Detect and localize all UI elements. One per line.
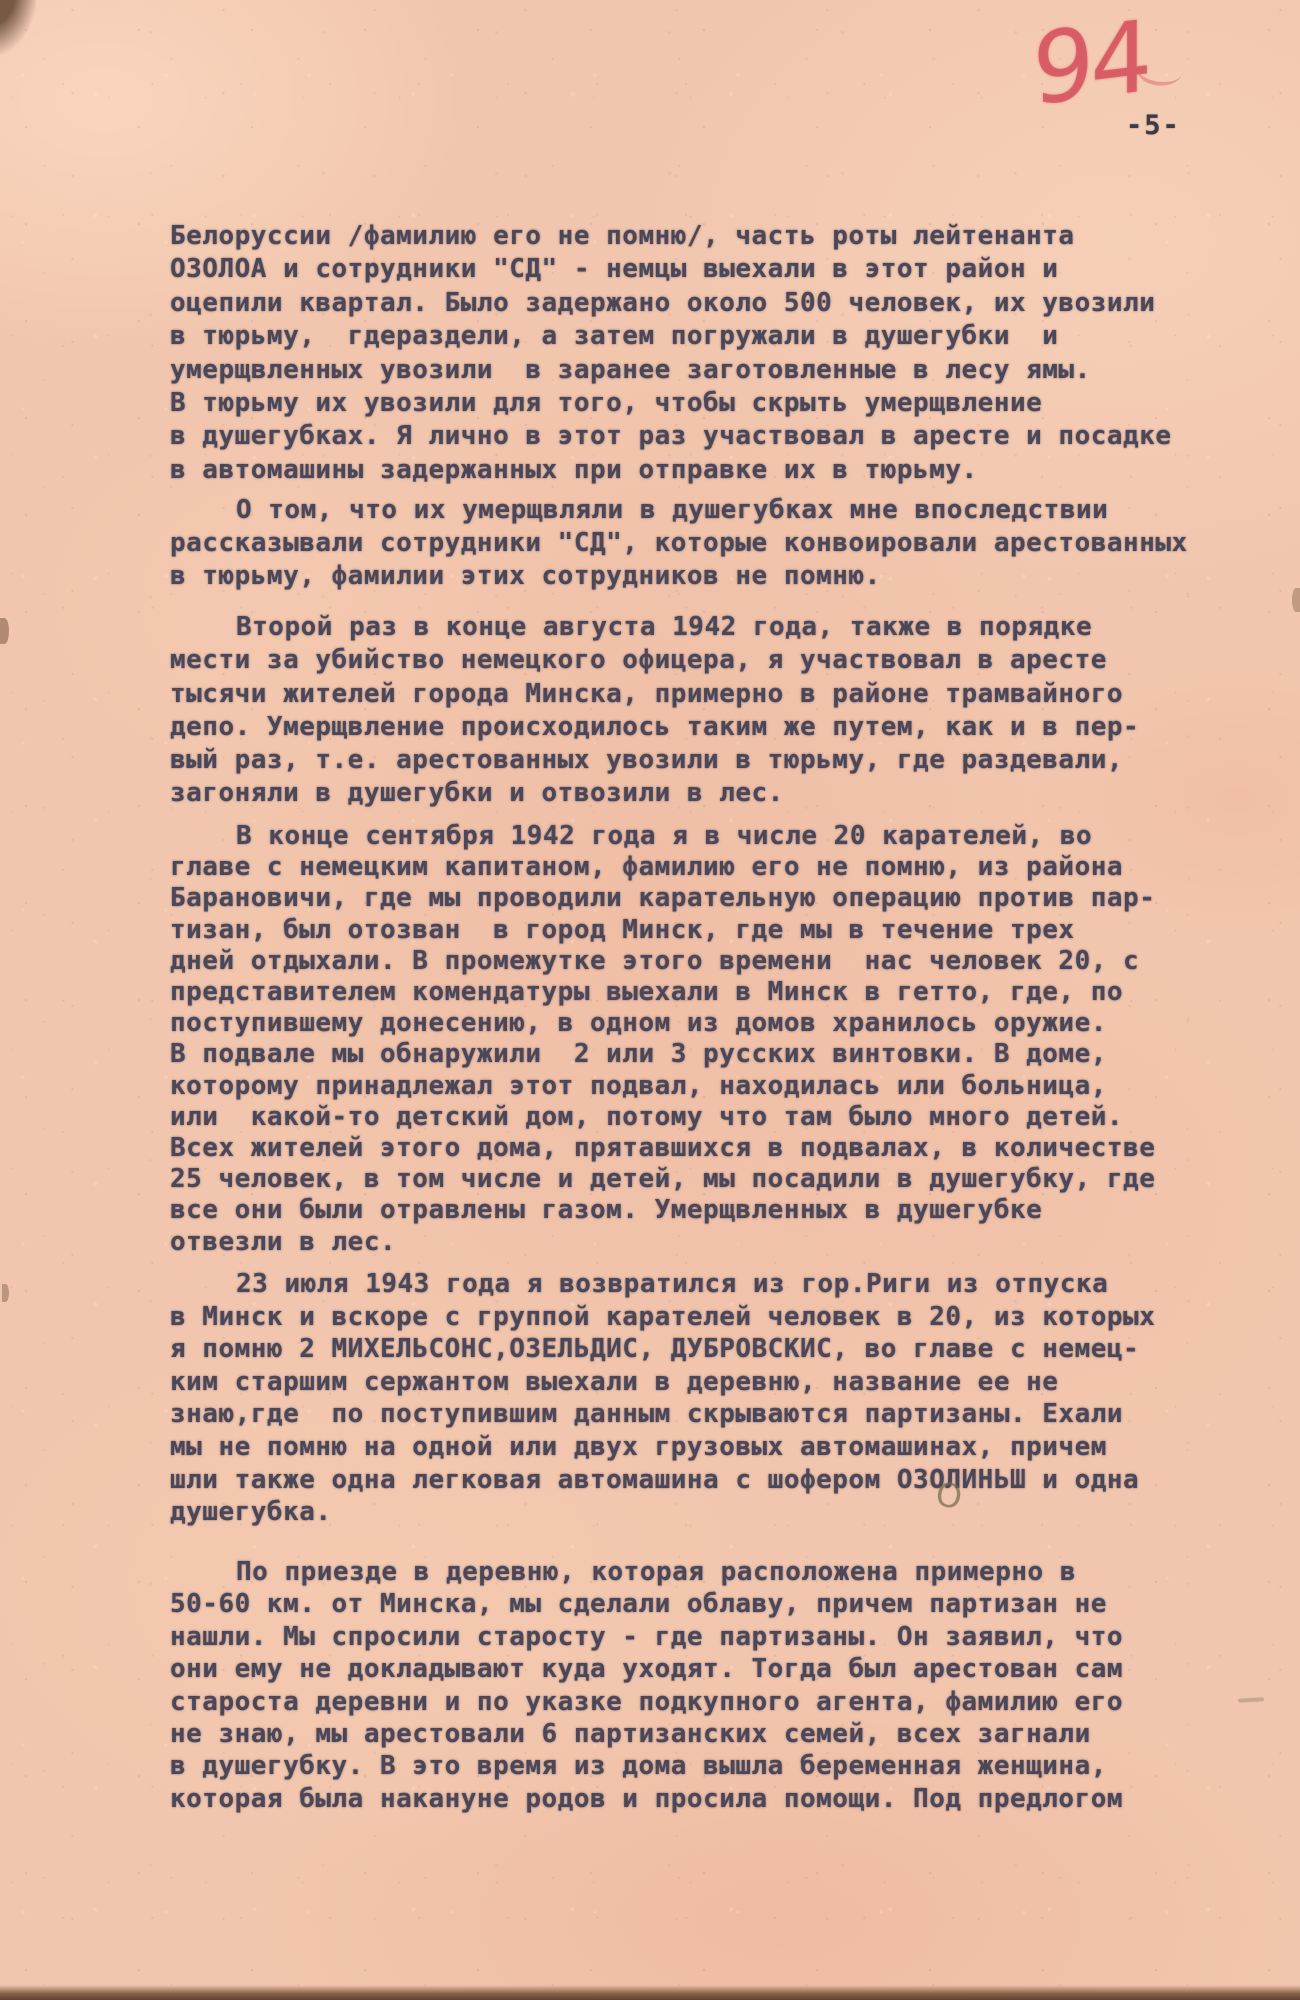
typed-line: все они были отравлены газом. Умерщвленн… (170, 1195, 1280, 1226)
typed-line: В тюрьму их увозили для того, чтобы скры… (170, 387, 1280, 420)
typed-line: умерщвленных увозили в заранее заготовле… (170, 354, 1280, 387)
typed-line: которому принадлежал этот подвал, находи… (170, 1071, 1280, 1102)
typed-line: ОЗОЛОА и сотрудники "СД" - немцы выехали… (170, 253, 1280, 286)
typed-line: оцепили квартал. Было задержано около 50… (170, 287, 1280, 320)
typed-text-block: Белоруссии /фамилию его не помню/, часть… (170, 0, 1280, 2000)
typed-line: мести за убийство немецкого офицера, я у… (170, 644, 1280, 677)
typed-line: или какой-то детский дом, потому что там… (170, 1102, 1280, 1133)
typed-paragraph: 23 июля 1943 года я возвратился из гор.Р… (170, 1268, 1280, 1529)
typed-line: Белоруссии /фамилию его не помню/, часть… (170, 220, 1280, 253)
typed-line: отвезли в лес. (170, 1227, 1280, 1258)
typed-line: В подвале мы обнаружили 2 или 3 русских … (170, 1039, 1280, 1070)
typed-line: Барановичи, где мы проводили карательную… (170, 883, 1280, 914)
typed-line: депо. Умерщвление происходилось таким же… (170, 711, 1280, 744)
typed-paragraph: О том, что их умерщвляли в душегубках мн… (170, 494, 1280, 594)
typed-line: По приезде в деревню, которая расположен… (170, 1556, 1280, 1588)
typed-line: в душегубку. В это время из дома вышла б… (170, 1750, 1280, 1782)
typed-line: Всех жителей этого дома, прятавшихся в п… (170, 1133, 1280, 1164)
typed-line: которая была накануне родов и просила по… (170, 1783, 1280, 1815)
typed-line: тысячи жителей города Минска, примерно в… (170, 678, 1280, 711)
paper-blemish (0, 618, 9, 644)
typed-line: в тюрьму, фамилии этих сотрудников не по… (170, 560, 1280, 593)
typed-line: О том, что их умерщвляли в душегубках мн… (170, 494, 1280, 527)
typed-line: мы не помню на одной или двух грузовых а… (170, 1431, 1280, 1464)
typed-line: дней отдыхали. В промежутке этого времен… (170, 946, 1280, 977)
typed-line: не знаю, мы арестовали 6 партизанских се… (170, 1718, 1280, 1750)
typed-line: в душегубках. Я лично в этот раз участво… (170, 420, 1280, 453)
typed-line: загоняли в душегубки и отвозили в лес. (170, 777, 1280, 810)
typed-line: Второй раз в конце августа 1942 года, та… (170, 611, 1280, 644)
typed-line: я помню 2 МИХЕЛЬСОНС,ОЗЕЛЬДИС, ДУБРОВСКИ… (170, 1333, 1280, 1366)
typed-line: староста деревни и по указке подкупного … (170, 1686, 1280, 1718)
typed-line: вый раз, т.е. арестованных увозили в тюр… (170, 744, 1280, 777)
typed-line: знаю,где по поступившим данным скрываютс… (170, 1398, 1280, 1431)
typed-line: в Минск и вскоре с группой карателей чел… (170, 1301, 1280, 1334)
typed-line: главе с немецким капитаном, фамилию его … (170, 852, 1280, 883)
typed-line: 50-60 км. от Минска, мы сделали облаву, … (170, 1588, 1280, 1620)
typed-line: душегубка. (170, 1496, 1280, 1529)
typed-line: поступившему донесению, в одном из домов… (170, 1008, 1280, 1039)
typed-line: в автомашины задержанных при отправке их… (170, 454, 1280, 487)
scanned-document-page: { "page": { "handwritten_number": "94", … (0, 0, 1300, 2000)
typed-line: нашли. Мы спросили старосту - где партиз… (170, 1621, 1280, 1653)
typed-line: в тюрьму, гдераздели, а затем погружали … (170, 320, 1280, 353)
typed-line: шли также одна легковая автомашина с шоф… (170, 1464, 1280, 1497)
paper-blemish (2, 1284, 9, 1302)
typed-line: ким старшим сержантом выехали в деревню,… (170, 1366, 1280, 1399)
typed-line: они ему не докладывают куда уходят. Тогд… (170, 1653, 1280, 1685)
typed-line: 25 человек, в том числе и детей, мы поса… (170, 1164, 1280, 1195)
typed-line: тизан, был отозван в город Минск, где мы… (170, 915, 1280, 946)
typed-paragraph: По приезде в деревню, которая расположен… (170, 1556, 1280, 1815)
paper-blemish (1292, 588, 1300, 612)
typed-paragraph: В конце сентября 1942 года я в числе 20 … (170, 821, 1280, 1258)
typed-line: рассказывали сотрудники "СД", которые ко… (170, 527, 1280, 560)
typed-line: 23 июля 1943 года я возвратился из гор.Р… (170, 1268, 1280, 1301)
typed-paragraph: Второй раз в конце августа 1942 года, та… (170, 611, 1280, 811)
typed-line: представителем комендатуры выехали в Мин… (170, 977, 1280, 1008)
paper-corner-blemish (0, 0, 36, 54)
typed-line: В конце сентября 1942 года я в числе 20 … (170, 821, 1280, 852)
typed-paragraph: Белоруссии /фамилию его не помню/, часть… (170, 220, 1280, 487)
